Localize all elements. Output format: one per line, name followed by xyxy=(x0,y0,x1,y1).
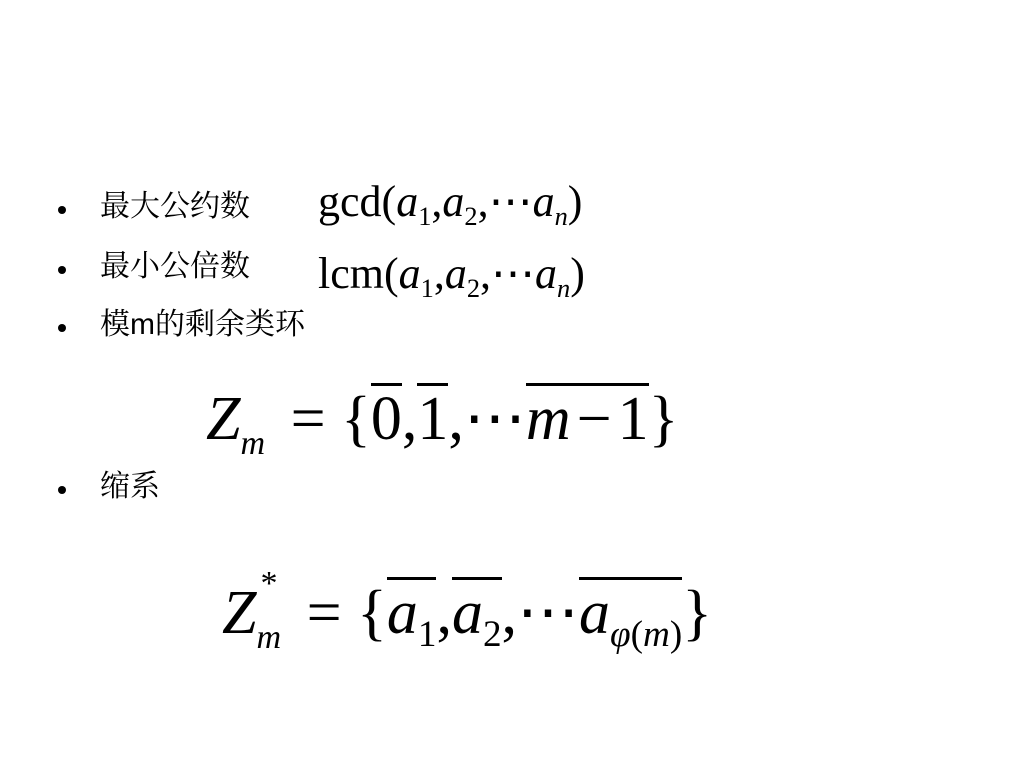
bullet-item-reduced-system: 缩系 xyxy=(58,472,160,502)
var: Z xyxy=(222,579,256,647)
zm-star-formula: Z*m = {a1,a2,⋯aφ(m)} xyxy=(222,582,712,644)
number: 1 xyxy=(618,385,649,453)
comma: , xyxy=(502,579,518,647)
ellipsis: ⋯ xyxy=(517,579,579,647)
paren: ( xyxy=(384,249,399,298)
bullet-label: 最小公倍数 xyxy=(100,252,250,282)
var: Z xyxy=(206,385,240,453)
bullet-item-residue-ring: 模m的剩余类环 xyxy=(58,310,305,340)
sub-sup: *m xyxy=(256,582,281,644)
brace: { xyxy=(341,385,371,453)
equals: = xyxy=(307,579,342,647)
gcd-formula: gcd(a1,a2,⋯an) xyxy=(318,180,582,224)
func-name: gcd xyxy=(318,177,382,226)
minus: − xyxy=(577,385,612,453)
equals: = xyxy=(291,385,326,453)
label-part: 模 xyxy=(100,307,130,342)
var: m xyxy=(643,614,670,655)
bullet-icon xyxy=(58,256,80,278)
lcm-formula: lcm(a1,a2,⋯an) xyxy=(318,252,585,296)
subscript: φ(m) xyxy=(610,614,682,655)
subscript: n xyxy=(555,201,568,231)
bullet-icon xyxy=(58,314,80,336)
bullet-label: 模m的剩余类环 xyxy=(100,310,305,340)
var: a xyxy=(396,177,418,226)
label-part: m xyxy=(130,308,155,341)
subscript: m xyxy=(256,619,281,656)
bullet-item-gcd: 最大公约数 xyxy=(58,192,250,222)
ellipsis: ⋯ xyxy=(464,385,526,453)
overlined-element: a1 xyxy=(387,582,437,644)
var: a xyxy=(445,249,467,298)
var: a xyxy=(535,249,557,298)
bullet-icon xyxy=(58,196,80,218)
subscript: 2 xyxy=(483,614,502,655)
overlined-element: aφ(m) xyxy=(579,582,682,644)
bullet-item-lcm: 最小公倍数 xyxy=(58,252,250,282)
subscript: 2 xyxy=(467,273,480,303)
bullet-label: 最大公约数 xyxy=(100,192,250,222)
superscript: * xyxy=(260,567,277,601)
overlined-element: a2 xyxy=(452,582,502,644)
comma: , xyxy=(480,249,491,298)
comma: , xyxy=(436,579,452,647)
label-part: 的剩余类环 xyxy=(155,307,305,342)
subscript: 1 xyxy=(421,273,434,303)
ellipsis: ⋯ xyxy=(491,249,535,298)
var: a xyxy=(533,177,555,226)
bullet-label: 缩系 xyxy=(100,472,160,502)
comma: , xyxy=(478,177,489,226)
subscript: n xyxy=(557,273,570,303)
phi: φ xyxy=(610,614,631,655)
comma: , xyxy=(448,385,464,453)
var: a xyxy=(387,579,418,647)
comma: , xyxy=(431,177,442,226)
ellipsis: ⋯ xyxy=(489,177,533,226)
comma: , xyxy=(434,249,445,298)
subscript: 2 xyxy=(464,201,477,231)
subscript: 1 xyxy=(418,614,437,655)
zm-formula: Zm = {0,1,⋯m−1} xyxy=(206,388,678,450)
var: m xyxy=(526,385,571,453)
overlined-element: 1 xyxy=(417,388,448,450)
brace: { xyxy=(357,579,387,647)
brace: } xyxy=(682,579,712,647)
paren: ( xyxy=(382,177,397,226)
comma: , xyxy=(402,385,418,453)
overlined-element: m−1 xyxy=(526,388,649,450)
paren: ( xyxy=(631,614,643,655)
paren: ) xyxy=(670,614,682,655)
bullet-icon xyxy=(58,476,80,498)
slide: 最大公约数 gcd(a1,a2,⋯an) 最小公倍数 lcm(a1,a2,⋯an… xyxy=(0,0,1024,768)
brace: } xyxy=(649,385,679,453)
subscript: m xyxy=(240,425,265,462)
overlined-element: 0 xyxy=(371,388,402,450)
subscript: 1 xyxy=(418,201,431,231)
paren: ) xyxy=(568,177,583,226)
func-name: lcm xyxy=(318,249,384,298)
var: a xyxy=(579,579,610,647)
paren: ) xyxy=(570,249,585,298)
var: a xyxy=(399,249,421,298)
var: a xyxy=(452,579,483,647)
var: a xyxy=(442,177,464,226)
